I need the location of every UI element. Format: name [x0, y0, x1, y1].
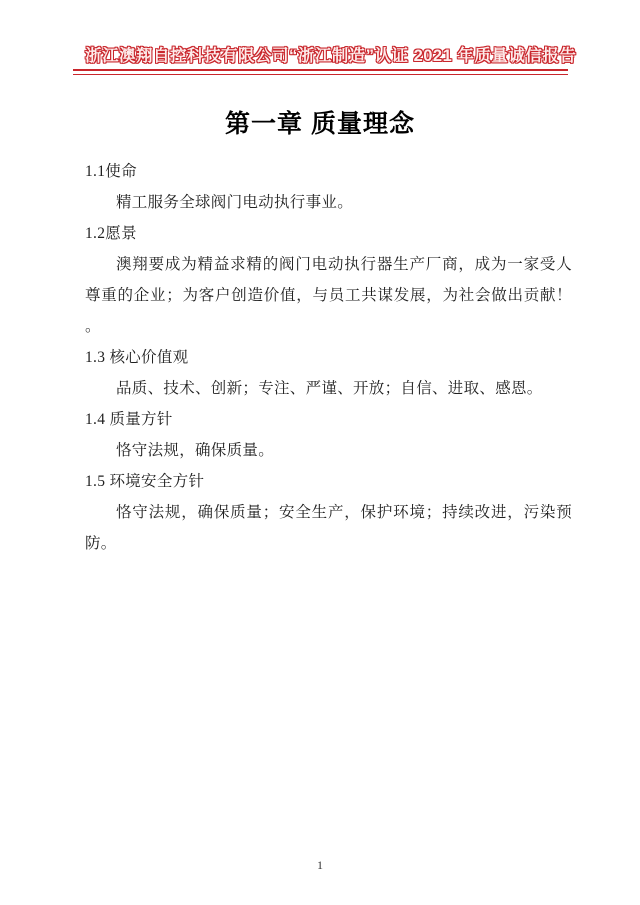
- section-heading: 1.1使命: [85, 156, 572, 187]
- section-environment-safety-policy: 1.5 环境安全方针 恪守法规，确保质量；安全生产，保护环境；持续改进，污染预防…: [85, 466, 572, 559]
- header-double-rule: [73, 69, 568, 75]
- section-body: 恪守法规，确保质量；安全生产，保护环境；持续改进，污染预防。: [85, 497, 572, 559]
- page-number: 1: [0, 858, 640, 873]
- section-body: 澳翔要成为精益求精的阀门电动执行器生产厂商，成为一家受人尊重的企业；为客户创造价…: [85, 249, 572, 342]
- section-heading: 1.4 质量方针: [85, 404, 572, 435]
- section-mission: 1.1使命 精工服务全球阀门电动执行事业。: [85, 156, 572, 218]
- section-quality-policy: 1.4 质量方针 恪守法规，确保质量。: [85, 404, 572, 466]
- document-header-row: 浙江澳翔自控科技有限公司 “浙江制造”认证 2021 年质量诚信报告: [73, 42, 568, 66]
- section-heading: 1.3 核心价值观: [85, 342, 572, 373]
- section-vision: 1.2愿景 澳翔要成为精益求精的阀门电动执行器生产厂商，成为一家受人尊重的企业；…: [85, 218, 572, 342]
- header-report-title: “浙江制造”认证 2021 年质量诚信报告: [289, 42, 576, 66]
- chapter-title: 第一章 质量理念: [0, 104, 640, 140]
- document-page: 浙江澳翔自控科技有限公司 “浙江制造”认证 2021 年质量诚信报告 第一章 质…: [0, 0, 640, 905]
- header-company-name: 浙江澳翔自控科技有限公司: [85, 42, 289, 66]
- section-heading: 1.2愿景: [85, 218, 572, 249]
- section-core-values: 1.3 核心价值观 品质、技术、创新；专注、严谨、开放；自信、进取、感恩。: [85, 342, 572, 404]
- document-body: 1.1使命 精工服务全球阀门电动执行事业。 1.2愿景 澳翔要成为精益求精的阀门…: [85, 156, 572, 559]
- section-body: 恪守法规，确保质量。: [85, 435, 572, 466]
- document-header: 浙江澳翔自控科技有限公司 “浙江制造”认证 2021 年质量诚信报告: [73, 42, 568, 75]
- section-body: 精工服务全球阀门电动执行事业。: [85, 187, 572, 218]
- section-body: 品质、技术、创新；专注、严谨、开放；自信、进取、感恩。: [85, 373, 572, 404]
- section-heading: 1.5 环境安全方针: [85, 466, 572, 497]
